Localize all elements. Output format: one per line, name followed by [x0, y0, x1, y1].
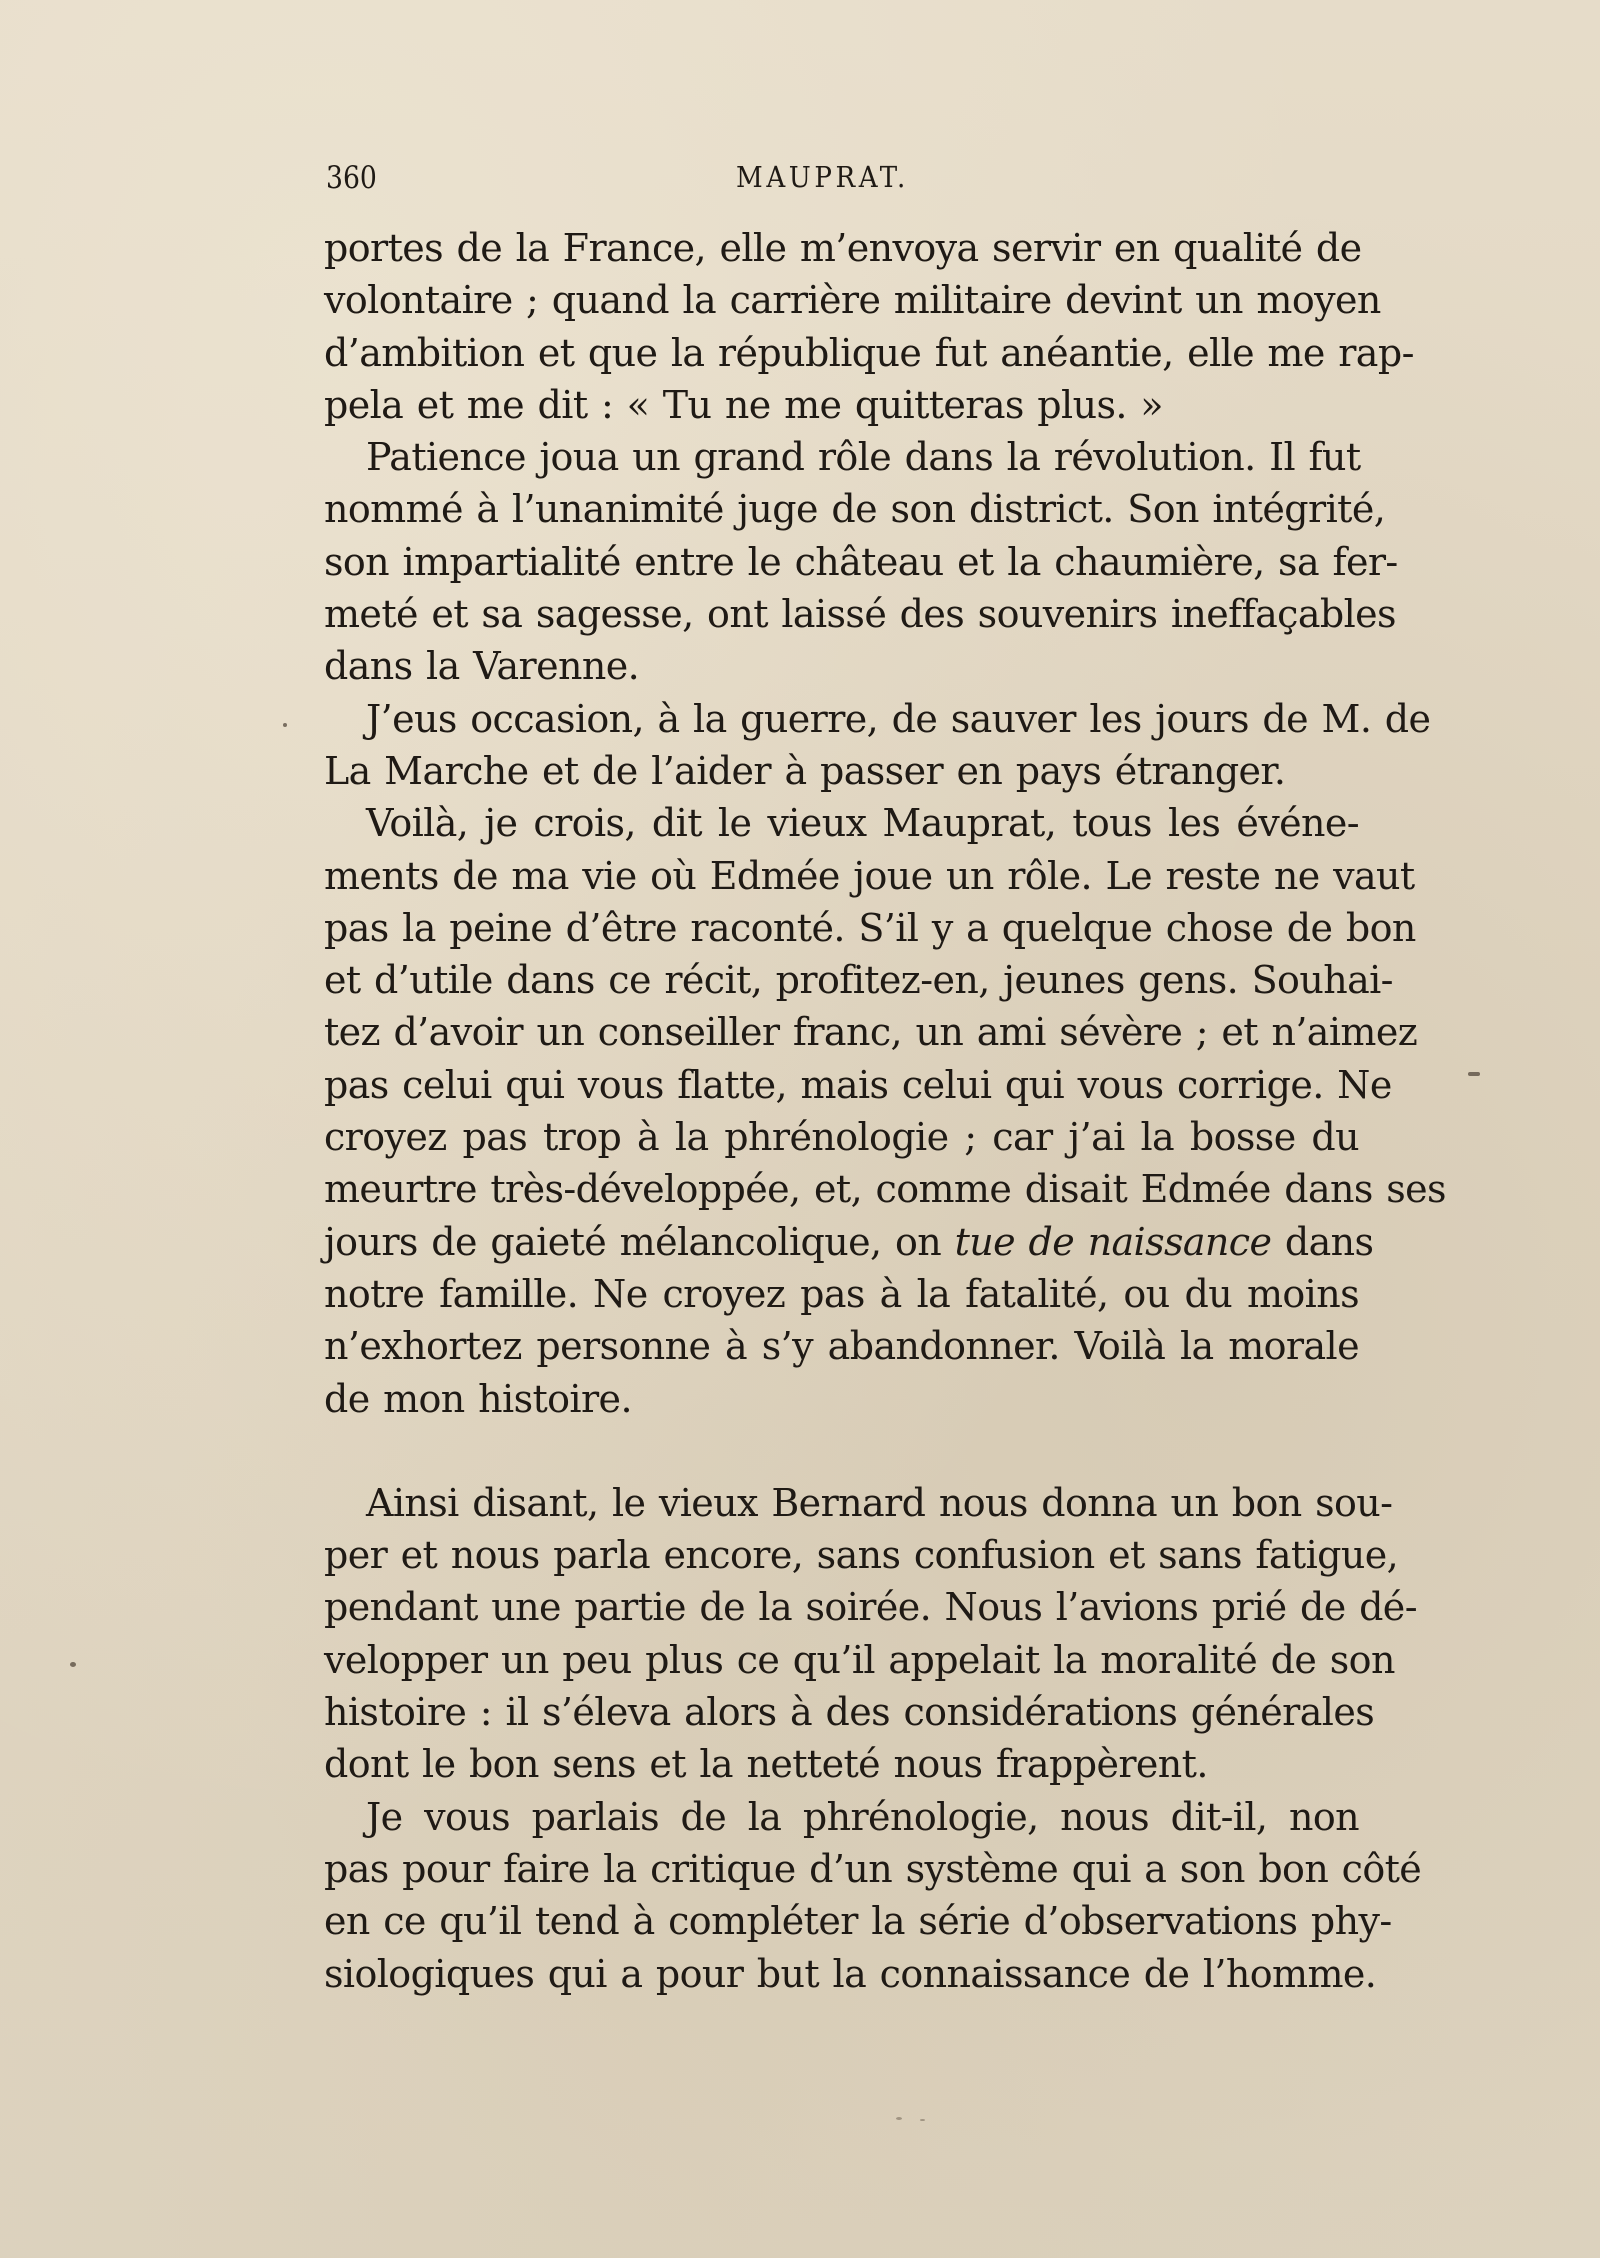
paper-speck [920, 2119, 925, 2121]
paragraph: portes de la France, elle m’envoya servi… [324, 222, 1359, 431]
text-line: ments de ma vie où Edmée joue un rôle. L… [324, 850, 1359, 902]
text-line: velopper un peu plus ce qu’il appelait l… [324, 1634, 1359, 1686]
text-line: pas celui qui vous flatte, mais celui qu… [324, 1059, 1359, 1111]
text-line: Ainsi disant, le vieux Bernard nous donn… [324, 1477, 1359, 1529]
section-gap [324, 1425, 1359, 1477]
text-line: histoire : il s’éleva alors à des consid… [324, 1686, 1359, 1738]
text-line: son impartialité entre le château et la … [324, 536, 1359, 588]
paragraph: Je vous parlais de la phrénologie, nous … [324, 1791, 1359, 2000]
text-line: dans la Varenne. [324, 640, 1359, 692]
paper-speck [896, 2117, 902, 2120]
text-line: pela et me dit : « Tu ne me quitteras pl… [324, 379, 1359, 431]
text-run: jours de gaieté mélancolique, on [324, 1220, 955, 1264]
text-line: pas la peine d’être raconté. S’il y a qu… [324, 902, 1359, 954]
body-text: portes de la France, elle m’envoya servi… [324, 222, 1359, 2000]
text-line: volontaire ; quand la carrière militaire… [324, 274, 1359, 326]
paper-speck [1468, 1072, 1480, 1076]
italic-phrase: tue de naissance [955, 1220, 1272, 1264]
text-line: en ce qu’il tend à compléter la série d’… [324, 1895, 1359, 1947]
text-line: La Marche et de l’aider à passer en pays… [324, 745, 1359, 797]
text-line: croyez pas trop à la phrénologie ; car j… [324, 1111, 1359, 1163]
running-head: 360 MAUPRAT. [326, 160, 1356, 200]
paragraph: J’eus occasion, à la guerre, de sauver l… [324, 693, 1359, 798]
text-line: meurtre très-développée, et, comme disai… [324, 1163, 1359, 1215]
text-line: Patience joua un grand rôle dans la révo… [324, 431, 1359, 483]
text-line: notre famille. Ne croyez pas à la fatali… [324, 1268, 1359, 1320]
text-line: Voilà, je crois, dit le vieux Mauprat, t… [324, 797, 1359, 849]
text-line: Je vous parlais de la phrénologie, nous … [324, 1791, 1359, 1843]
text-line: pas pour faire la critique d’un système … [324, 1843, 1359, 1895]
text-line: dont le bon sens et la netteté nous frap… [324, 1738, 1359, 1790]
paper-speck [70, 1662, 76, 1667]
text-line: J’eus occasion, à la guerre, de sauver l… [324, 693, 1359, 745]
paragraph: Patience joua un grand rôle dans la révo… [324, 431, 1359, 692]
text-line: meté et sa sagesse, ont laissé des souve… [324, 588, 1359, 640]
text-line: n’exhortez personne à s’y abandonner. Vo… [324, 1320, 1359, 1372]
text-line-with-italic: jours de gaieté mélancolique, on tue de … [324, 1216, 1359, 1268]
text-line: d’ambition et que la république fut anéa… [324, 327, 1359, 379]
page-number: 360 [326, 160, 377, 196]
text-line: tez d’avoir un conseiller franc, un ami … [324, 1006, 1359, 1058]
text-line: portes de la France, elle m’envoya servi… [324, 222, 1359, 274]
paper-speck [283, 723, 287, 727]
text-line: nommé à l’unanimité juge de son district… [324, 483, 1359, 535]
running-title: MAUPRAT. [736, 160, 909, 194]
book-page: 360 MAUPRAT. portes de la France, elle m… [0, 0, 1600, 2258]
text-run: dans [1271, 1220, 1373, 1264]
text-line: et d’utile dans ce récit, profitez-en, j… [324, 954, 1359, 1006]
text-line: per et nous parla encore, sans confusion… [324, 1529, 1359, 1581]
text-line: pendant une partie de la soirée. Nous l’… [324, 1581, 1359, 1633]
paragraph: Ainsi disant, le vieux Bernard nous donn… [324, 1477, 1359, 1791]
paragraph: Voilà, je crois, dit le vieux Mauprat, t… [324, 797, 1359, 1425]
text-line: de mon histoire. [324, 1373, 1359, 1425]
text-line: siologiques qui a pour but la connaissan… [324, 1948, 1359, 2000]
